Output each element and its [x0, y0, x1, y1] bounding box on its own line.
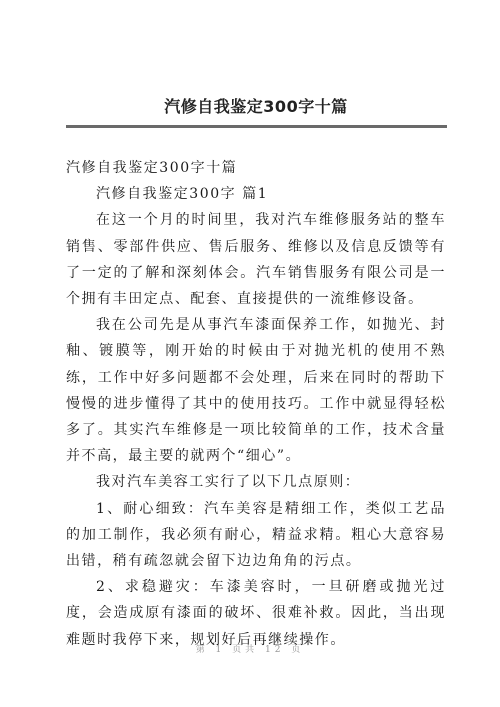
header-divider — [66, 125, 447, 128]
page-footer: 第 1 页共 12 页 — [0, 642, 500, 655]
paragraph: 我对汽车美容工实行了以下几点原则： — [66, 469, 446, 495]
paragraph: 我在公司先是从事汽车漆面保养工作，如抛光、封釉、镀膜等，刚开始的时候由于对抛光机… — [66, 312, 446, 469]
document-body: 汽修自我鉴定300字十篇 汽修自我鉴定300字 篇1 在这一个月的时间里，我对汽… — [66, 155, 446, 653]
section-title: 汽修自我鉴定300字 篇1 — [66, 181, 446, 207]
paragraph: 1、耐心细致：汽车美容是精细工作，类似工艺品的加工制作，我必须有耐心，精益求精。… — [66, 496, 446, 575]
paragraph: 在这一个月的时间里，我对汽车维修服务站的整车销售、零部件供应、售后服务、维修以及… — [66, 207, 446, 312]
page-header-title: 汽修自我鉴定300字十篇 — [66, 96, 446, 118]
page-header: 汽修自我鉴定300字十篇 — [66, 96, 446, 118]
document-title: 汽修自我鉴定300字十篇 — [66, 155, 446, 181]
